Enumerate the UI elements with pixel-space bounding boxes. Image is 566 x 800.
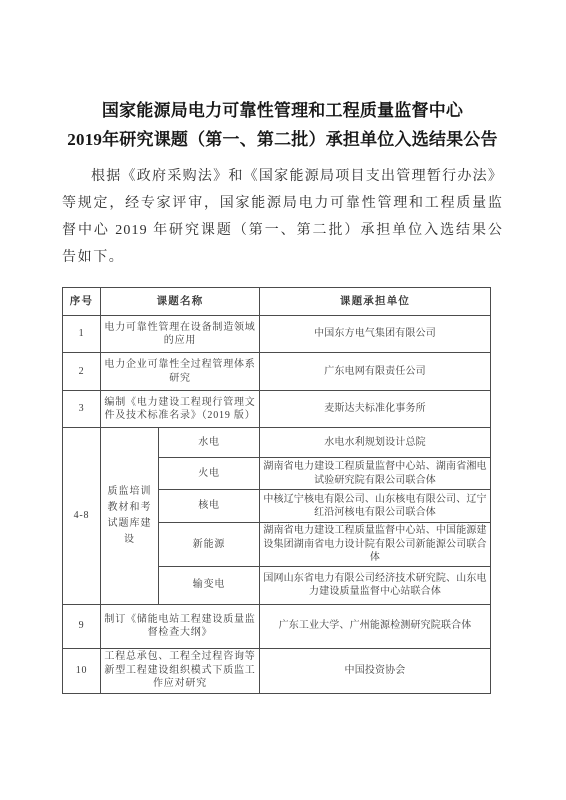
intro-line: 督中心 2019 年研究课题（第一、第二批）承担单位入选结果公 [62,217,503,244]
unit-cell: 广东工业大学、广州能源检测研究院联合体 [260,604,491,648]
table-row: 1 电力可靠性管理在设备制造领域的应用 中国东方电气集团有限公司 [63,316,491,353]
table-row: 10 工程总承包、工程全过程咨询等新型工程建设组织模式下质监工作应对研究 中国投… [63,648,491,693]
group-serial-cell: 4-8 [63,428,101,605]
topic-cell: 编制《电力建设工程现行管理文件及技术标准名录》（2019 版） [101,391,260,428]
unit-cell: 国网山东省电力有限公司经济技术研究院、山东电力建设质量监督中心站联合体 [260,566,491,604]
topic-cell: 电力可靠性管理在设备制造领域的应用 [101,316,260,353]
unit-cell: 湖南省电力建设工程质量监督中心站、中国能源建设集团湖南省电力设计院有限公司新能源… [260,523,491,567]
title-line-1: 国家能源局电力可靠性管理和工程质量监督中心 [62,96,503,125]
subtopic-cell: 输变电 [159,566,260,604]
unit-cell: 中国投资协会 [260,648,491,693]
unit-cell: 中国东方电气集团有限公司 [260,316,491,353]
topic-cell: 工程总承包、工程全过程咨询等新型工程建设组织模式下质监工作应对研究 [101,648,260,693]
table-row: 9 制订《储能电站工程建设质量监督检查大纲》 广东工业大学、广州能源检测研究院联… [63,604,491,648]
header-unit: 课题承担单位 [260,288,491,316]
table-row: 2 电力企业可靠性全过程管理体系研究 广东电网有限责任公司 [63,353,491,391]
title-line-2: 2019年研究课题（第一、第二批）承担单位入选结果公告 [62,125,503,154]
unit-cell: 湖南省电力建设工程质量监督中心站、湖南省湘电试验研究院有限公司联合体 [260,458,491,490]
topic-cell: 电力企业可靠性全过程管理体系研究 [101,353,260,391]
unit-cell: 中核辽宁核电有限公司、山东核电有限公司、辽宁红沿河核电有限公司联合体 [260,490,491,523]
table-header-row: 序号 课题名称 课题承担单位 [63,288,491,316]
results-table: 序号 课题名称 课题承担单位 1 电力可靠性管理在设备制造领域的应用 中国东方电… [62,287,491,694]
table-row: 4-8 质监培训教材和考试题库建设 水电 水电水利规划设计总院 [63,428,491,458]
intro-line: 根据《政府采购法》和《国家能源局项目支出管理暂行办法》 [62,163,503,190]
header-serial: 序号 [63,288,101,316]
subtopic-cell: 火电 [159,458,260,490]
document-page: 国家能源局电力可靠性管理和工程质量监督中心 2019年研究课题（第一、第二批）承… [0,0,566,800]
subtopic-cell: 新能源 [159,523,260,567]
unit-cell: 麦斯达夫标准化事务所 [260,391,491,428]
intro-paragraph: 根据《政府采购法》和《国家能源局项目支出管理暂行办法》 等规定，经专家评审，国家… [62,163,503,271]
intro-line: 等规定，经专家评审，国家能源局电力可靠性管理和工程质量监 [62,190,503,217]
unit-cell: 广东电网有限责任公司 [260,353,491,391]
group-label-cell: 质监培训教材和考试题库建设 [101,428,159,605]
topic-cell: 制订《储能电站工程建设质量监督检查大纲》 [101,604,260,648]
intro-line: 告如下。 [62,244,503,271]
serial-cell: 2 [63,353,101,391]
serial-cell: 3 [63,391,101,428]
document-title: 国家能源局电力可靠性管理和工程质量监督中心 2019年研究课题（第一、第二批）承… [62,96,503,154]
serial-cell: 9 [63,604,101,648]
table-row: 3 编制《电力建设工程现行管理文件及技术标准名录》（2019 版） 麦斯达夫标准… [63,391,491,428]
subtopic-cell: 水电 [159,428,260,458]
unit-cell: 水电水利规划设计总院 [260,428,491,458]
serial-cell: 1 [63,316,101,353]
header-topic: 课题名称 [101,288,260,316]
serial-cell: 10 [63,648,101,693]
subtopic-cell: 核电 [159,490,260,523]
